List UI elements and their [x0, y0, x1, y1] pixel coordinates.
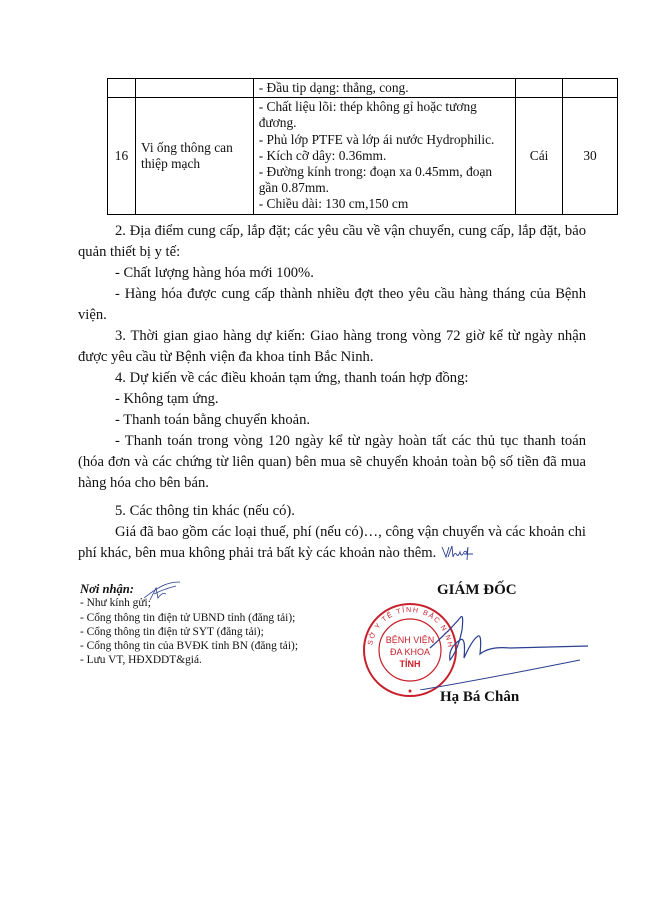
- section-3: 3. Thời gian giao hàng dự kiến: Giao hàn…: [78, 326, 586, 368]
- stt-cell: 16: [108, 98, 136, 214]
- recipient-item: - Cổng thông tin của BVĐK tỉnh BN (đăng …: [80, 639, 298, 653]
- section-2-item: - Chất lượng hàng hóa mới 100%.: [78, 263, 586, 284]
- recipient-item: - Như kính gửi;: [80, 596, 298, 610]
- director-signature-icon: [420, 610, 590, 690]
- svg-text:TỈNH: TỈNH: [400, 658, 421, 669]
- document-body: 2. Địa điểm cung cấp, lắp đặt; các yêu c…: [78, 221, 586, 564]
- section-2-title: 2. Địa điểm cung cấp, lắp đặt; các yêu c…: [78, 221, 586, 263]
- section-2-item: - Hàng hóa được cung cấp thành nhiều đợt…: [78, 284, 586, 326]
- recipient-initial-icon: [142, 580, 182, 602]
- table-row: 16 Vi ống thông can thiệp mạch - Chất li…: [108, 98, 618, 214]
- section-5-text: Giá đã bao gồm các loại thuế, phí (nếu c…: [78, 522, 586, 564]
- unit-cell: [516, 79, 563, 98]
- recipient-item: - Cổng thông tin điện tử SYT (đăng tải);: [80, 625, 298, 639]
- recipient-item: - Lưu VT, HĐXDDT&giá.: [80, 653, 298, 667]
- table-row: - Đầu tip dạng: thẳng, cong.: [108, 79, 618, 98]
- name-cell: Vi ống thông can thiệp mạch: [135, 98, 253, 214]
- qty-cell: [563, 79, 618, 98]
- section-5-text-content: Giá đã bao gồm các loại thuế, phí (nếu c…: [78, 524, 586, 561]
- section-4-item: - Thanh toán bằng chuyển khoản.: [78, 410, 586, 431]
- spec-line: - Đầu tip dạng: thẳng, cong.: [259, 80, 510, 96]
- spec-line: - Chiều dài: 130 cm,150 cm: [259, 196, 510, 212]
- section-4-item: - Không tạm ứng.: [78, 389, 586, 410]
- section-4-item: - Thanh toán trong vòng 120 ngày kể từ n…: [78, 431, 586, 494]
- section-4-title: 4. Dự kiến về các điều khoản tạm ứng, th…: [78, 368, 586, 389]
- spec-line: - Đường kính trong: đoạn xa 0.45mm, đoạn…: [259, 164, 510, 196]
- spec-line: - Phủ lớp PTFE và lớp ái nước Hydrophili…: [259, 132, 510, 148]
- spec-cell: - Đầu tip dạng: thẳng, cong.: [253, 79, 515, 98]
- name-cell: [135, 79, 253, 98]
- signer-name: Hạ Bá Chân: [440, 689, 519, 706]
- section-5-title: 5. Các thông tin khác (nếu có).: [78, 501, 586, 522]
- stt-cell: [108, 79, 136, 98]
- initial-signature-icon: [440, 543, 476, 561]
- spec-line: - Kích cỡ dây: 0.36mm.: [259, 148, 510, 164]
- recipients-title: Nơi nhận:: [80, 582, 298, 596]
- recipient-item: - Cổng thông tin điện tử UBND tỉnh (đăng…: [80, 611, 298, 625]
- spec-cell: - Chất liệu lõi: thép không gỉ hoặc tươn…: [253, 98, 515, 214]
- spec-line: - Chất liệu lõi: thép không gỉ hoặc tươn…: [259, 99, 510, 131]
- equipment-spec-table: - Đầu tip dạng: thẳng, cong. 16 Vi ống t…: [107, 78, 618, 215]
- signer-position: GIÁM ĐỐC: [437, 582, 517, 599]
- unit-cell: Cái: [516, 98, 563, 214]
- recipients-block: Nơi nhận: - Như kính gửi; - Cổng thông t…: [80, 582, 298, 668]
- qty-cell: 30: [563, 98, 618, 214]
